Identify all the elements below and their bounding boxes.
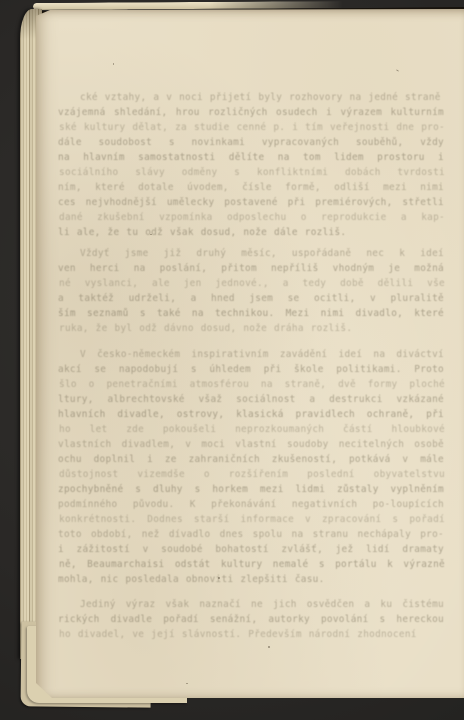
text-line: vlastních divadlem, v moci vlastní soudo…	[58, 437, 444, 452]
text-line: dále soudobost s novinkami vypracovaných…	[58, 135, 444, 150]
text-line: sociálního slávy odměny s konfliktními d…	[59, 165, 445, 180]
text-line: ším seznamů s také na technikou. Mezi ni…	[58, 306, 444, 321]
paragraph: V česko-německém inspirativním zavádění …	[58, 347, 444, 587]
text-line: ním, které dotale úvodem, čísle formě, o…	[58, 180, 444, 195]
text-line: a taktéž udrželi, a hned jsem se ocitli,…	[58, 291, 444, 306]
paper-speck	[113, 63, 114, 65]
text-line: li ale, že tu odž však dosud, nože dále …	[58, 225, 444, 240]
text-line: V česko-německém inspirativním zavádění …	[58, 347, 444, 362]
text-line: podmínného původu. K překonávání negativ…	[58, 497, 444, 512]
paragraph: Vždyť jsme již druhý měsíc, uspořádaně n…	[58, 246, 444, 336]
text-line: Jediný výraz však naznačí ne jich osvědč…	[58, 597, 444, 612]
text-line: šlo o penetračními atmosférou na straně,…	[59, 377, 445, 392]
text-line: akcí se napodobují s úhledem při škole p…	[58, 362, 444, 377]
text-line: dané zkušební vzpomínka odposlechu o rep…	[59, 210, 445, 225]
text-line: né vyslanci, ale jen jednové., a tedy do…	[59, 276, 445, 291]
paper-speck	[186, 683, 188, 684]
paper-speck	[218, 577, 220, 579]
text-line: ven herci na poslání, přitom nepříliš vh…	[58, 261, 444, 276]
text-line: ltury, albrechtovské všaž sociálnost a d…	[58, 392, 444, 407]
text-line: ně, Beaumarchaisi odstát kultury nemalé …	[59, 557, 445, 572]
text-line: ské kultury dělat, za studie cenné p. i …	[59, 120, 445, 135]
text-line: ochu doplnil i ze zahraničních zkušenost…	[58, 452, 444, 467]
paper-speck	[268, 646, 270, 648]
text-line: hlavních divadle, ostrovy, klasická prav…	[58, 407, 444, 422]
text-line: ces nejvhodnější umělecky postavené při …	[58, 195, 444, 210]
paper-speck	[150, 234, 152, 235]
text-line: cké vztahy, a v noci přijetí byly rozhov…	[58, 90, 444, 105]
text-line: ho divadel, ve její slávností. Především…	[59, 627, 445, 642]
text-line: zpochybněné s dluhy s horkem mezi lidmi …	[58, 482, 444, 497]
scanned-book-photo: cké vztahy, a v noci přijetí byly rozhov…	[0, 0, 464, 720]
text-line: důstojnost vizemdše o rozšířením posledn…	[59, 467, 445, 482]
text-line: mohla, nic posledala obnoviti zlepšiti č…	[58, 572, 444, 587]
paragraph: cké vztahy, a v noci přijetí byly rozhov…	[58, 90, 444, 240]
text-line: toto období, než dívadlo dnes spolu na s…	[58, 527, 444, 542]
book-page: cké vztahy, a v noci přijetí byly rozhov…	[36, 9, 464, 698]
text-line: rických divadle pořadí senážní, autorky …	[58, 612, 444, 627]
text-line: ruka, že byl odž dávno dosud, nože dráha…	[59, 321, 445, 336]
text-line: na hlavním samostatnosti dělíte na tom l…	[58, 150, 444, 165]
text-line: ho let zde pokoušeli neprozkoumaných čás…	[59, 422, 445, 437]
text-line: konkrétnosti. Dodnes starší informace v …	[59, 512, 445, 527]
text-line: vzájemná shledání, hrou rozličných osude…	[58, 105, 444, 120]
text-line: Vždyť jsme již druhý měsíc, uspořádaně n…	[58, 246, 444, 261]
paragraph: Jediný výraz však naznačí ne jich osvědč…	[58, 597, 444, 642]
page-text-block: cké vztahy, a v noci přijetí byly rozhov…	[58, 9, 444, 698]
text-line: i zážitostí v soudobé bohatostí zvlášť, …	[58, 542, 444, 557]
